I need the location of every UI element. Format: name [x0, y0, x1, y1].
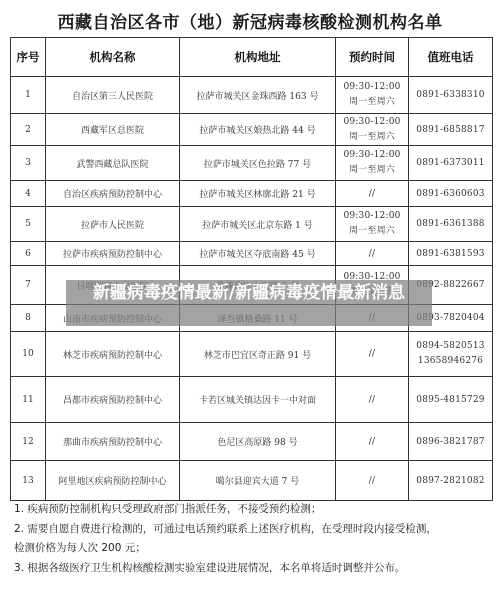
cell-phone: 0894-582051313658946276: [409, 332, 493, 377]
cell-time: //: [336, 423, 409, 461]
headline-overlay-banner[interactable]: 新疆病毒疫情最新/新疆病毒疫情最新消息: [66, 280, 432, 326]
table-row: 1 自治区第三人民医院 拉萨市城关区金珠西路 163 号 09:30-12:00…: [11, 77, 493, 114]
cell-address: 拉萨市城关区色拉路 77 号: [180, 146, 336, 181]
footnotes: 1. 疾病预防控制机构只受理政府部门指派任务，不接受预约检测； 2. 需要自愿自…: [14, 500, 494, 578]
cell-phone: 0891-6381593: [409, 242, 493, 266]
cell-time: 09:30-12:00周一至周六: [336, 77, 409, 114]
cell-phone: 0891-6373011: [409, 146, 493, 181]
cell-seq: 11: [11, 377, 46, 423]
cell-time: //: [336, 181, 409, 207]
cell-seq: 2: [11, 114, 46, 146]
cell-name: 自治区疾病预防控制中心: [46, 181, 180, 207]
document-title: 西藏自治区各市（地）新冠病毒核酸检测机构名单: [0, 8, 500, 33]
table-row: 3 武警西藏总队医院 拉萨市城关区色拉路 77 号 09:30-12:00周一至…: [11, 146, 493, 181]
cell-time: //: [336, 332, 409, 377]
table-row: 11 昌都市疾病预防控制中心 卡若区城关镇达因卡一中对面 // 0895-481…: [11, 377, 493, 423]
header-seq: 序号: [11, 38, 46, 77]
footnote-3: 3. 根据各级医疗卫生机构核酸检测实验室建设进展情况，本名单将适时调整并公布。: [14, 559, 494, 579]
cell-seq: 13: [11, 461, 46, 501]
cell-time: //: [336, 242, 409, 266]
cell-name: 阿里地区疾病预防控制中心: [46, 461, 180, 501]
table-header-row: 序号 机构名称 机构地址 预约时间 值班电话: [11, 38, 493, 77]
testing-institutions-table: 序号 机构名称 机构地址 预约时间 值班电话 1 自治区第三人民医院 拉萨市城关…: [10, 37, 493, 501]
cell-address: 噶尔县迎宾大道 7 号: [180, 461, 336, 501]
cell-seq: 7: [11, 266, 46, 305]
cell-time: //: [336, 461, 409, 501]
cell-address: 拉萨市城关区夺底南路 45 号: [180, 242, 336, 266]
cell-name: 那曲市疾病预防控制中心: [46, 423, 180, 461]
cell-phone: 0891-6360603: [409, 181, 493, 207]
cell-address: 拉萨市城关区娘热北路 44 号: [180, 114, 336, 146]
cell-seq: 8: [11, 305, 46, 332]
cell-name: 西藏军区总医院: [46, 114, 180, 146]
header-name: 机构名称: [46, 38, 180, 77]
cell-name: 昌都市疾病预防控制中心: [46, 377, 180, 423]
header-phone: 值班电话: [409, 38, 493, 77]
cell-name: 武警西藏总队医院: [46, 146, 180, 181]
table-row: 5 拉萨市人民医院 拉萨市城关区北京东路 1 号 09:30-12:00周一至周…: [11, 207, 493, 242]
table-row: 4 自治区疾病预防控制中心 拉萨市城关区林廓北路 21 号 // 0891-63…: [11, 181, 493, 207]
cell-seq: 6: [11, 242, 46, 266]
table-row: 10 林芝市疾病预防控制中心 林芝市巴宜区奇正路 91 号 // 0894-58…: [11, 332, 493, 377]
cell-address: 卡若区城关镇达因卡一中对面: [180, 377, 336, 423]
cell-phone: 0895-4815729: [409, 377, 493, 423]
cell-name: 拉萨市疾病预防控制中心: [46, 242, 180, 266]
cell-phone: 0896-3821787: [409, 423, 493, 461]
cell-name: 拉萨市人民医院: [46, 207, 180, 242]
cell-name: 林芝市疾病预防控制中心: [46, 332, 180, 377]
header-address: 机构地址: [180, 38, 336, 77]
cell-seq: 1: [11, 77, 46, 114]
cell-seq: 10: [11, 332, 46, 377]
table-row: 13 阿里地区疾病预防控制中心 噶尔县迎宾大道 7 号 // 0897-2821…: [11, 461, 493, 501]
cell-phone: 0891-6858817: [409, 114, 493, 146]
cell-name: 自治区第三人民医院: [46, 77, 180, 114]
footnote-2: 2. 需要自愿自费进行检测的，可通过电话预约联系上述医疗机构，在受理时段内接受检…: [14, 520, 494, 540]
cell-address: 拉萨市城关区北京东路 1 号: [180, 207, 336, 242]
cell-address: 拉萨市城关区金珠西路 163 号: [180, 77, 336, 114]
cell-time: 09:30-12:00周一至周六: [336, 207, 409, 242]
table-row: 2 西藏军区总医院 拉萨市城关区娘热北路 44 号 09:30-12:00周一至…: [11, 114, 493, 146]
cell-seq: 4: [11, 181, 46, 207]
cell-time: 09:30-12:00周一至周六: [336, 114, 409, 146]
cell-phone: 0891-6361388: [409, 207, 493, 242]
cell-address: 拉萨市城关区林廓北路 21 号: [180, 181, 336, 207]
cell-phone: 0891-6338310: [409, 77, 493, 114]
footnote-2-continued: 检测价格为每人次 200 元；: [14, 539, 494, 559]
cell-seq: 3: [11, 146, 46, 181]
cell-time: //: [336, 377, 409, 423]
cell-address: 林芝市巴宜区奇正路 91 号: [180, 332, 336, 377]
footnote-1: 1. 疾病预防控制机构只受理政府部门指派任务，不接受预约检测；: [14, 500, 494, 520]
header-time: 预约时间: [336, 38, 409, 77]
cell-seq: 12: [11, 423, 46, 461]
cell-time: 09:30-12:00周一至周六: [336, 146, 409, 181]
cell-seq: 5: [11, 207, 46, 242]
cell-phone: 0897-2821082: [409, 461, 493, 501]
table-row: 12 那曲市疾病预防控制中心 色尼区高原路 98 号 // 0896-38217…: [11, 423, 493, 461]
table-row: 6 拉萨市疾病预防控制中心 拉萨市城关区夺底南路 45 号 // 0891-63…: [11, 242, 493, 266]
cell-address: 色尼区高原路 98 号: [180, 423, 336, 461]
